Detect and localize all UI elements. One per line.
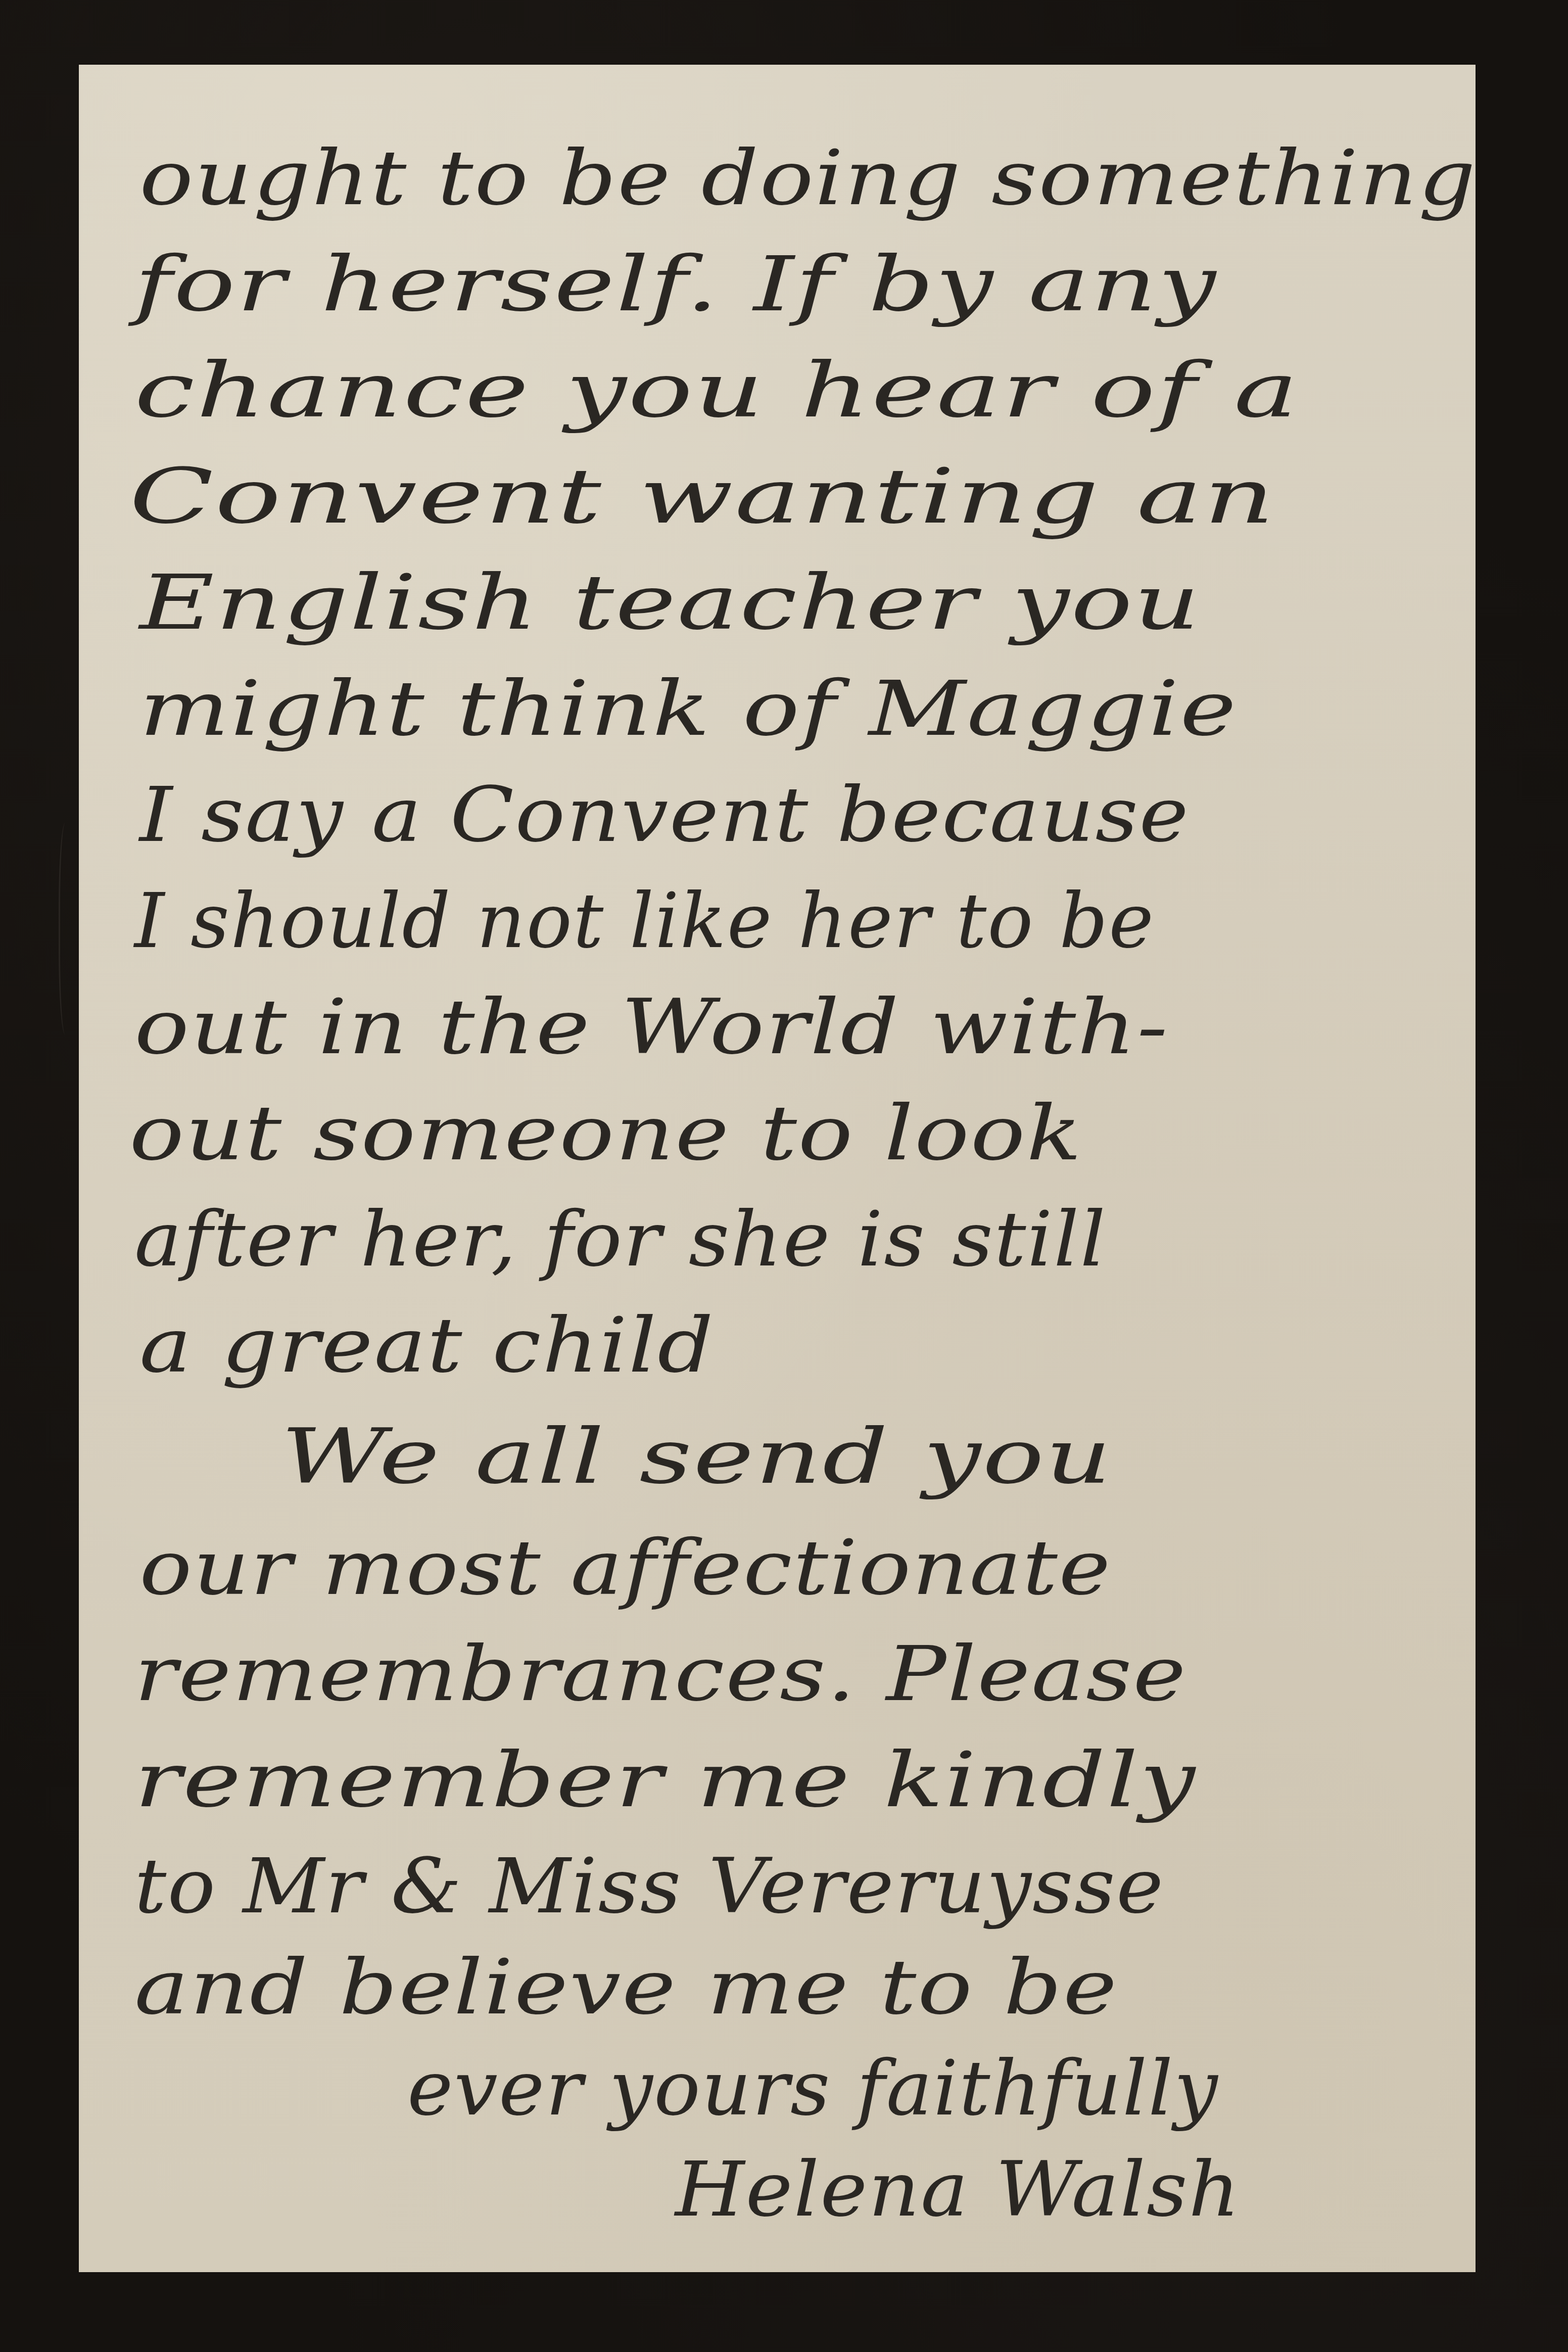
letter-line-6: might think of Maggie xyxy=(139,671,1238,747)
letter-line-4: Convent wanting an xyxy=(129,459,1276,535)
letter-line-10: out someone to look xyxy=(129,1096,1083,1171)
letter-line-3: chance you hear of a xyxy=(134,353,1299,429)
letter-line-16: remember me kindly xyxy=(134,1743,1197,1818)
letter-line-2: for herself. If by any xyxy=(134,247,1217,322)
letter-line-1: ought to be doing something xyxy=(139,140,1477,216)
letter-line-14: our most affectionate xyxy=(139,1530,1112,1606)
letter-line-12: a great child xyxy=(139,1308,715,1384)
letter-line-17: to Mr & Miss Vereruysse xyxy=(134,1849,1164,1924)
letter-line-11: after her, for she is still xyxy=(134,1202,1107,1278)
letter-line-13: We all send you xyxy=(281,1419,1113,1495)
letter-line-7: I say a Convent because xyxy=(139,777,1190,853)
letter-line-15: remembrances. Please xyxy=(134,1636,1187,1712)
letter-line-5: English teacher you xyxy=(139,565,1201,641)
letter-line-9: out in the World with- xyxy=(134,990,1169,1065)
closing-line: ever yours faithfully xyxy=(407,2051,1219,2127)
margin-pencil-mark xyxy=(59,823,75,1035)
letter-line-18: and believe me to be xyxy=(134,1950,1118,2026)
letter-page: ought to be doing something for herself.… xyxy=(79,65,1476,2272)
signature: Helena Walsh xyxy=(675,2152,1241,2228)
letter-line-8: I should not like her to be xyxy=(134,883,1155,959)
